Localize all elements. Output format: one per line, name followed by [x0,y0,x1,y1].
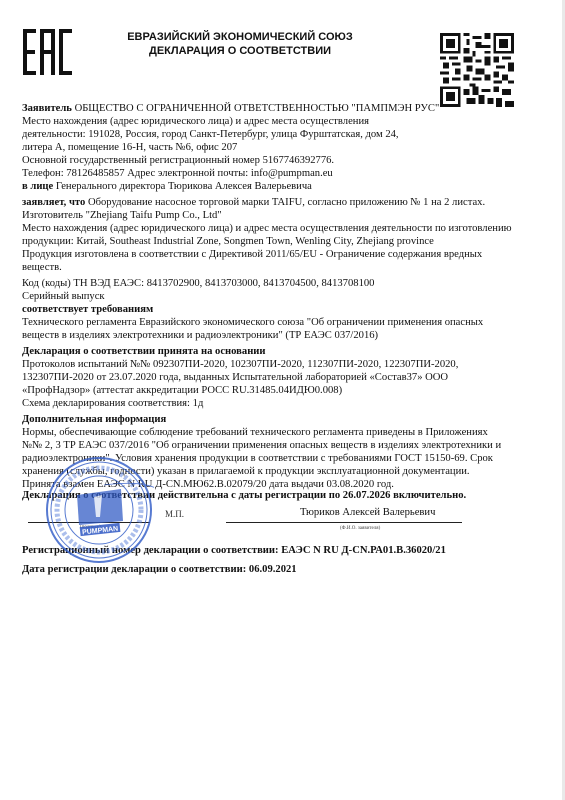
basis-1: Протоколов испытаний №№ 092307ПИ-2020, 1… [22,358,542,371]
applicant-contacts: Телефон: 78126485857 Адрес электронной п… [22,167,542,180]
person-label: в лице [22,181,53,192]
applicant-name: ОБЩЕСТВО С ОГРАНИЧЕННОЙ ОТВЕТСТВЕННОСТЬЮ… [75,103,440,114]
manufacturer: Изготовитель "Zhejiang Taifu Pump Co., L… [22,209,542,222]
requirements-label: соответствует требованиям [22,303,542,316]
registration-date: Дата регистрации декларации о соответств… [22,564,297,575]
scheme: Схема декларирования соответствия: 1д [22,397,542,410]
name-line [226,522,462,523]
directive-1: Продукция изготовлена в соответствии с Д… [22,248,542,261]
additional-label: Дополнительная информация [22,413,542,426]
name-caption: (Ф.И.О. заявителя) [340,526,380,531]
qr-code-icon[interactable] [440,33,514,107]
basis-2: 132307ПИ-2020 от 23.07.2020 года, выданн… [22,371,542,384]
declares-line: заявляет, что Оборудование насосное торг… [22,196,542,209]
additional-2: №№ 2, 3 ТР ЕАЭС 037/2016 "Об ограничении… [22,439,542,452]
requirements-2: веществ в изделиях электротехники и ради… [22,329,542,342]
directive-2: веществ. [22,261,542,274]
eac-logo-icon [22,27,74,77]
declares-label: заявляет, что [22,197,85,208]
company-seal-icon: PUMPMAN [44,455,154,565]
applicant-address-1: Место нахождения (адрес юридического лиц… [22,115,542,128]
release-type: Серийный выпуск [22,290,542,303]
declaration-page: ЕВРАЗИЙСКИЙ ЭКОНОМИЧЕСКИЙ СОЮЗ ДЕКЛАРАЦИ… [0,0,565,800]
manufacturer-address-1: Место нахождения (адрес юридического лиц… [22,222,542,235]
applicant-line: Заявитель ОБЩЕСТВО С ОГРАНИЧЕННОЙ ОТВЕТС… [22,102,542,115]
applicant-ogrn: Основной государственный регистрационный… [22,154,542,167]
additional-1: Нормы, обеспечивающие соблюдение требова… [22,426,542,439]
document-title: ДЕКЛАРАЦИЯ О СООТВЕТСТВИИ [120,44,360,58]
tn-ved-codes: Код (коды) ТН ВЭД ЕАЭС: 8413702900, 8413… [22,277,542,290]
declaration-body: Заявитель ОБЩЕСТВО С ОГРАНИЧЕННОЙ ОТВЕТС… [22,102,542,491]
signatory-name: Тюриков Алексей Валерьевич [300,507,435,518]
manufacturer-address-2: продукции: Китай, Southeast Industrial Z… [22,235,542,248]
basis-label: Декларация о соответствии принята на осн… [22,345,542,358]
seal-place-label: М.П. [165,509,184,519]
applicant-address-2: деятельности: 191028, Россия, город Санк… [22,128,542,141]
document-header: ЕВРАЗИЙСКИЙ ЭКОНОМИЧЕСКИЙ СОЮЗ ДЕКЛАРАЦИ… [120,30,360,58]
declares-text: Оборудование насосное торговой марки TAI… [88,197,485,208]
person-name: Генерального директора Тюрикова Алексея … [56,181,312,192]
union-title: ЕВРАЗИЙСКИЙ ЭКОНОМИЧЕСКИЙ СОЮЗ [120,30,360,44]
applicant-address-3: литера А, помещение 16-Н, часть №6, офис… [22,141,542,154]
requirements-1: Технического регламента Евразийского эко… [22,316,542,329]
basis-3: «ПрофНадзор» (аттестат аккредитации РОСС… [22,384,542,397]
applicant-person: в лице Генерального директора Тюрикова А… [22,180,542,193]
applicant-label: Заявитель [22,103,72,114]
